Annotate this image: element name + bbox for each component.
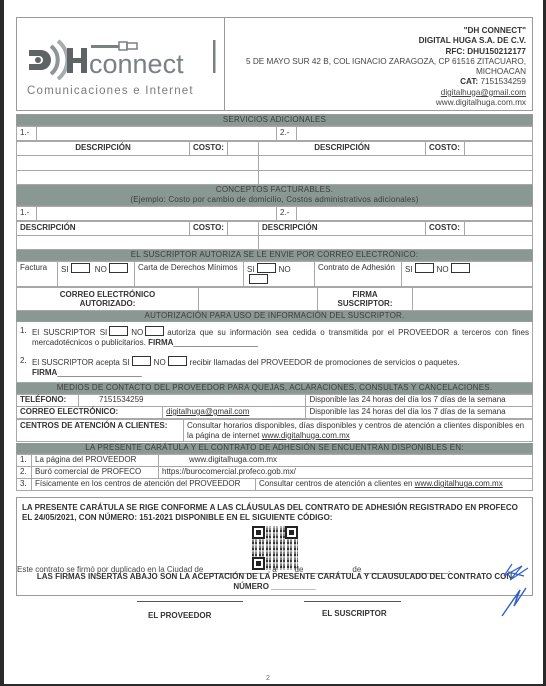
autorizacion-2-no-checkbox[interactable] — [168, 356, 187, 366]
no-label: NO — [437, 265, 449, 274]
servicios-detail-table: DESCRIPCIÓN COSTO: DESCRIPCIÓN COSTO: — [16, 141, 533, 185]
cat-value: 7151534259 — [480, 77, 526, 86]
cat-label: CAT: — [460, 77, 478, 86]
correo-label: CORREO ELECTRÓNICO: — [17, 407, 163, 419]
correo-availability: Disponible las 24 horas del día los 7 dí… — [306, 407, 533, 419]
text: El SUSCRIPTOR acepta SI — [32, 358, 130, 367]
item-num: 1. — [20, 326, 32, 348]
table-row: 1. La página del PROVEEDOR www.digitalhu… — [17, 455, 533, 467]
centros-text: Consultar horarios disponibles, días dis… — [187, 421, 524, 440]
concepto-1-field[interactable] — [37, 207, 277, 221]
carta-derechos-label: Carta de Derechos Mínimos — [135, 262, 244, 287]
firma-1-line[interactable]: ___________________ — [173, 338, 258, 347]
row-label: Buró comercial de PROFECO — [32, 467, 159, 479]
proveedor-label: EL PROVEEDOR — [148, 611, 211, 620]
cost-label-2: COSTO: — [425, 142, 464, 156]
company-rfc: RFC: DHU150212177 — [225, 47, 526, 57]
document-header: connect Comunicaciones e Internet "DH CO… — [16, 17, 533, 111]
contract-document: connect Comunicaciones e Internet "DH CO… — [16, 17, 533, 596]
handwritten-signature-icon — [498, 560, 532, 618]
legal-numero: NÚMERO __________ — [22, 582, 527, 592]
company-name: "DH CONNECT" — [225, 26, 526, 36]
buro-comercial-link[interactable]: https://burocomercial.profeco.gob.mx/ — [159, 467, 533, 479]
concepto-cost-label-2: COSTO: — [425, 222, 464, 236]
row-label: Físicamente en los centros de atención d… — [32, 479, 256, 491]
qr-code-icon[interactable] — [252, 526, 298, 570]
company-address-line2: MICHOACAN — [225, 67, 526, 77]
suscriptor-signature-line[interactable] — [304, 601, 401, 602]
firma-label: FIRMA — [32, 368, 57, 377]
page-edge-left — [0, 0, 4, 686]
concepto-number-1: 1.- — [17, 207, 37, 221]
firma-2-line[interactable]: ___________________ — [57, 368, 142, 377]
item-number-2: 2.- — [277, 127, 297, 141]
concepto-desc-field-1[interactable] — [17, 236, 259, 250]
disponibles-table: 1. La página del PROVEEDOR www.digitalhu… — [16, 454, 533, 491]
cost-field-2[interactable] — [464, 142, 532, 156]
contrato-adhesion-label: Contrato de Adhesión — [315, 262, 402, 287]
page-number: 2 — [266, 675, 270, 682]
logo-tagline: Comunicaciones e Internet — [27, 85, 194, 97]
item-number-1: 1.- — [17, 127, 37, 141]
service-2-field[interactable] — [297, 127, 533, 141]
concepto-desc-label-2: DESCRIPCIÓN — [258, 222, 425, 236]
company-website[interactable]: www.digitalhuga.com.mx — [225, 98, 526, 108]
qr-finder-icon — [285, 526, 298, 539]
cost-label-1: COSTO: — [190, 142, 228, 156]
section-conceptos-facturables: CONCEPTOS FACTURABLES. (Ejemplo: Costo p… — [16, 185, 533, 206]
legal-notice: LA PRESENTE CARÁTULA SE RIGE CONFORME A … — [16, 497, 533, 596]
concepto-desc-label-1: DESCRIPCIÓN — [17, 222, 190, 236]
section-disponibles: LA PRESENTE CARÁTULA Y EL CONTRATO DE AD… — [16, 443, 533, 454]
carta-no-checkbox[interactable] — [249, 274, 268, 284]
si-label: SI — [247, 265, 255, 274]
svg-text:connect: connect — [89, 49, 184, 79]
company-logo: connect Comunicaciones e Internet — [17, 18, 225, 110]
centros-atencion-link[interactable]: www.digitalhuga.com.mx — [415, 479, 503, 488]
company-email-link[interactable]: digitalhuga@gmail.com — [225, 88, 526, 98]
concepto-number-2: 2.- — [277, 207, 297, 221]
suscriptor-label: EL SUSCRIPTOR — [322, 609, 387, 618]
company-address-line1: 5 DE MAYO SUR 42 B, COL IGNACIO ZARAGOZA… — [225, 57, 526, 67]
no-label: NO — [279, 265, 291, 274]
proveedor-signature-line[interactable] — [137, 601, 243, 602]
carta-si-checkbox[interactable] — [257, 263, 276, 273]
autorizacion-item-2: 2. El SUSCRIPTOR acepta SINOrecibir llam… — [20, 356, 529, 378]
desc-label-2: DESCRIPCIÓN — [258, 142, 425, 156]
telefono-value: 7151534259 — [79, 395, 306, 407]
autorizacion-2-si-checkbox[interactable] — [132, 356, 151, 366]
concepto-2-field[interactable] — [297, 207, 533, 221]
text: NO — [131, 328, 143, 337]
telefono-label: TELÉFONO: — [17, 395, 79, 407]
contacto-table: TELÉFONO: 7151534259 Disponible las 24 h… — [16, 394, 533, 419]
contrato-no-checkbox[interactable] — [451, 263, 470, 273]
si-label: SI — [405, 265, 413, 274]
section-servicios-adicionales: SERVICIOS ADICIONALES — [16, 114, 533, 126]
centros-table: CENTROS DE ATENCIÓN A CLIENTES: Consulta… — [16, 419, 533, 442]
concepto-desc-field-2[interactable] — [258, 236, 532, 250]
company-legal-name: DIGITAL HUGA S.A. DE C.V. — [225, 36, 526, 46]
row-num: 3. — [17, 479, 32, 491]
row-label: La página del PROVEEDOR — [32, 455, 159, 467]
no-label: NO — [95, 265, 107, 274]
correo-options-table: Factura SI NO Carta de Derechos Mínimos … — [16, 261, 533, 287]
legal-text-registro: LA PRESENTE CARÁTULA SE RIGE CONFORME A … — [22, 503, 527, 523]
contrato-si-checkbox[interactable] — [415, 263, 434, 273]
concepto-cost-label-1: COSTO: — [190, 222, 228, 236]
firma-label: FIRMA — [148, 338, 173, 347]
row-num: 1. — [17, 455, 32, 467]
factura-si-checkbox[interactable] — [71, 263, 90, 273]
section-autorizacion: AUTORIZACIÓN PARA USO DE INFORMACIÓN DEL… — [16, 311, 533, 322]
desc-field-1b[interactable] — [17, 171, 259, 185]
text: recibir llamadas del PROVEEDOR de promoc… — [190, 358, 460, 367]
firma-suscriptor-field[interactable] — [413, 288, 533, 311]
service-1-field[interactable] — [37, 127, 277, 141]
desc-field-2b[interactable] — [258, 171, 532, 185]
row-value: Consultar centros de atención a clientes… — [259, 479, 412, 488]
factura-no-checkbox[interactable] — [109, 263, 128, 273]
table-row: 3. Físicamente en los centros de atenció… — [17, 479, 533, 491]
section-medios-contacto: MEDIOS DE CONTACTO DEL PROVEEDOR PARA QU… — [16, 383, 533, 394]
conceptos-subtitle: (Ejemplo: Costo por cambio de domicilio,… — [17, 195, 532, 205]
desc-field-1[interactable] — [17, 156, 259, 171]
concepto-cost-field-2[interactable] — [464, 222, 532, 236]
autorizacion-1-no-checkbox[interactable] — [145, 326, 164, 336]
firma-suscriptor-label: FIRMA SUSCRIPTOR: — [318, 288, 413, 311]
pagina-proveedor-link[interactable]: www.digitalhuga.com.mx — [159, 455, 533, 467]
autorizacion-item-1: 1. El SUSCRIPTOR SINOautoriza que su inf… — [20, 326, 529, 348]
centros-label: CENTROS DE ATENCIÓN A CLIENTES: — [17, 420, 184, 442]
text: El SUSCRIPTOR SI — [32, 328, 107, 337]
correo-autorizado-label: CORREO ELECTRÓNICO AUTORIZADO: — [17, 288, 199, 311]
concepto-cost-field-1[interactable] — [227, 222, 258, 236]
conceptos-title: CONCEPTOS FACTURABLES. — [17, 185, 532, 195]
centros-link[interactable]: www.digitalhuga.com.mx — [262, 431, 350, 440]
correo-autorizado-table: CORREO ELECTRÓNICO AUTORIZADO: FIRMA SUS… — [16, 287, 533, 311]
correo-value-link[interactable]: digitalhuga@gmail.com — [163, 407, 306, 419]
desc-field-2[interactable] — [258, 156, 532, 171]
desc-label-1: DESCRIPCIÓN — [17, 142, 190, 156]
si-label: SI — [61, 265, 69, 274]
dh-connect-logo-icon: connect — [25, 36, 221, 80]
item-num: 2. — [20, 356, 32, 378]
text: NO — [154, 358, 166, 367]
cost-field-1[interactable] — [227, 142, 258, 156]
correo-autorizado-field[interactable] — [199, 288, 318, 311]
autorizacion-body: 1. El SUSCRIPTOR SINOautoriza que su inf… — [16, 322, 533, 383]
factura-label: Factura — [17, 262, 58, 287]
signed-location-text: Este contrato se firmó por duplicado en … — [17, 565, 450, 574]
qr-finder-icon — [252, 557, 265, 570]
conceptos-table: 1.- 2.- — [16, 206, 533, 221]
telefono-availability: Disponible las 24 horas del día los 7 dí… — [306, 395, 533, 407]
qr-finder-icon — [252, 526, 265, 539]
row-num: 2. — [17, 467, 32, 479]
table-row: 2. Buró comercial de PROFECO https://bur… — [17, 467, 533, 479]
servicios-adicionales-table: 1.- 2.- — [16, 126, 533, 141]
autorizacion-1-si-checkbox[interactable] — [109, 326, 128, 336]
company-info: "DH CONNECT" DIGITAL HUGA S.A. DE C.V. R… — [225, 18, 532, 110]
section-correo-electronico: EL SUSCRIPTOR AUTORIZA SE LE ENVIE POR C… — [16, 250, 533, 261]
conceptos-detail-table: DESCRIPCIÓN COSTO: DESCRIPCIÓN COSTO: — [16, 221, 533, 250]
